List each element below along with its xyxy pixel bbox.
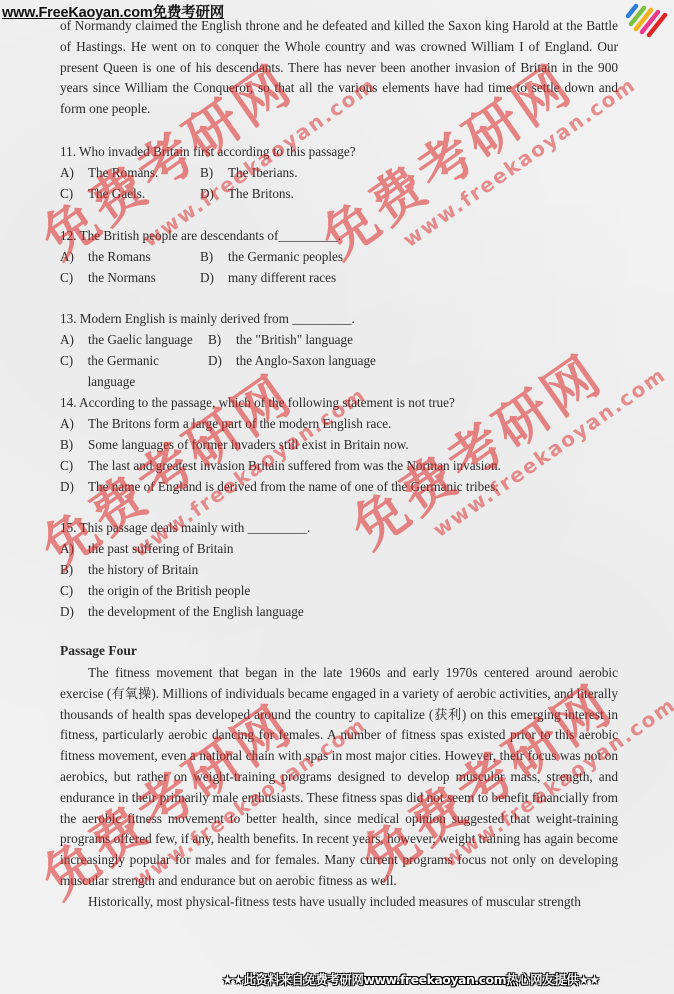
footer-banner: ★★此资料来自免费考研网www.freekaoyan.com热心网友提供★★ [222, 970, 600, 988]
passage-four-body: The fitness movement that began in the l… [60, 663, 618, 913]
passage-three-tail: of Normandy claimed the English throne a… [60, 16, 618, 120]
question-14: 14. According to the passage, which of t… [60, 392, 620, 497]
question-stem: 12. The British people are descendants o… [60, 225, 620, 246]
question-12: 12. The British people are descendants o… [60, 225, 620, 288]
option-c[interactable]: C)the Normans [60, 267, 200, 288]
option-b[interactable]: B)the "British" language [208, 329, 353, 350]
option-c[interactable]: C)The last and greatest invasion Britain… [60, 455, 620, 476]
passage-paragraph: of Normandy claimed the English throne a… [60, 16, 618, 120]
option-b[interactable]: B)the history of Britain [60, 559, 620, 580]
question-stem: 14. According to the passage, which of t… [60, 392, 620, 413]
question-15: 15. This passage deals mainly with _____… [60, 517, 620, 622]
passage-four-heading: Passage Four [60, 643, 137, 659]
option-d[interactable]: D)many different races [200, 267, 400, 288]
option-c[interactable]: C)The Gaels. [60, 183, 200, 204]
option-a[interactable]: A)the Gaelic language [60, 329, 208, 350]
option-a[interactable]: A)The Britons form a large part of the m… [60, 413, 620, 434]
question-stem: 13. Modern English is mainly derived fro… [60, 308, 620, 329]
option-c[interactable]: C)the origin of the British people [60, 580, 620, 601]
option-b[interactable]: B)The Iberians. [200, 162, 400, 183]
option-d[interactable]: D)the development of the English languag… [60, 601, 620, 622]
question-13: 13. Modern English is mainly derived fro… [60, 308, 620, 392]
passage-paragraph: Historically, most physical-fitness test… [60, 892, 618, 913]
passage-paragraph: The fitness movement that began in the l… [60, 663, 618, 892]
exam-page: www.FreeKaoyan.com免费考研网 of Normandy clai… [0, 0, 674, 994]
option-a[interactable]: A)The Romans. [60, 162, 200, 183]
question-11: 11. Who invaded Britain first according … [60, 141, 620, 204]
option-d[interactable]: D)The name of England is derived from th… [60, 476, 620, 497]
option-c[interactable]: C)the Germanic language [60, 350, 208, 392]
question-stem: 11. Who invaded Britain first according … [60, 141, 620, 162]
option-d[interactable]: D)the Anglo-Saxon language [208, 350, 376, 392]
option-b[interactable]: B)Some languages of former invaders stil… [60, 434, 620, 455]
option-a[interactable]: A)the past suffering of Britain [60, 538, 620, 559]
option-b[interactable]: B)the Germanic peoples [200, 246, 400, 267]
option-a[interactable]: A)the Romans [60, 246, 200, 267]
rainbow-stripes-logo-icon [624, 2, 668, 38]
option-d[interactable]: D)The Britons. [200, 183, 400, 204]
question-stem: 15. This passage deals mainly with _____… [60, 517, 620, 538]
